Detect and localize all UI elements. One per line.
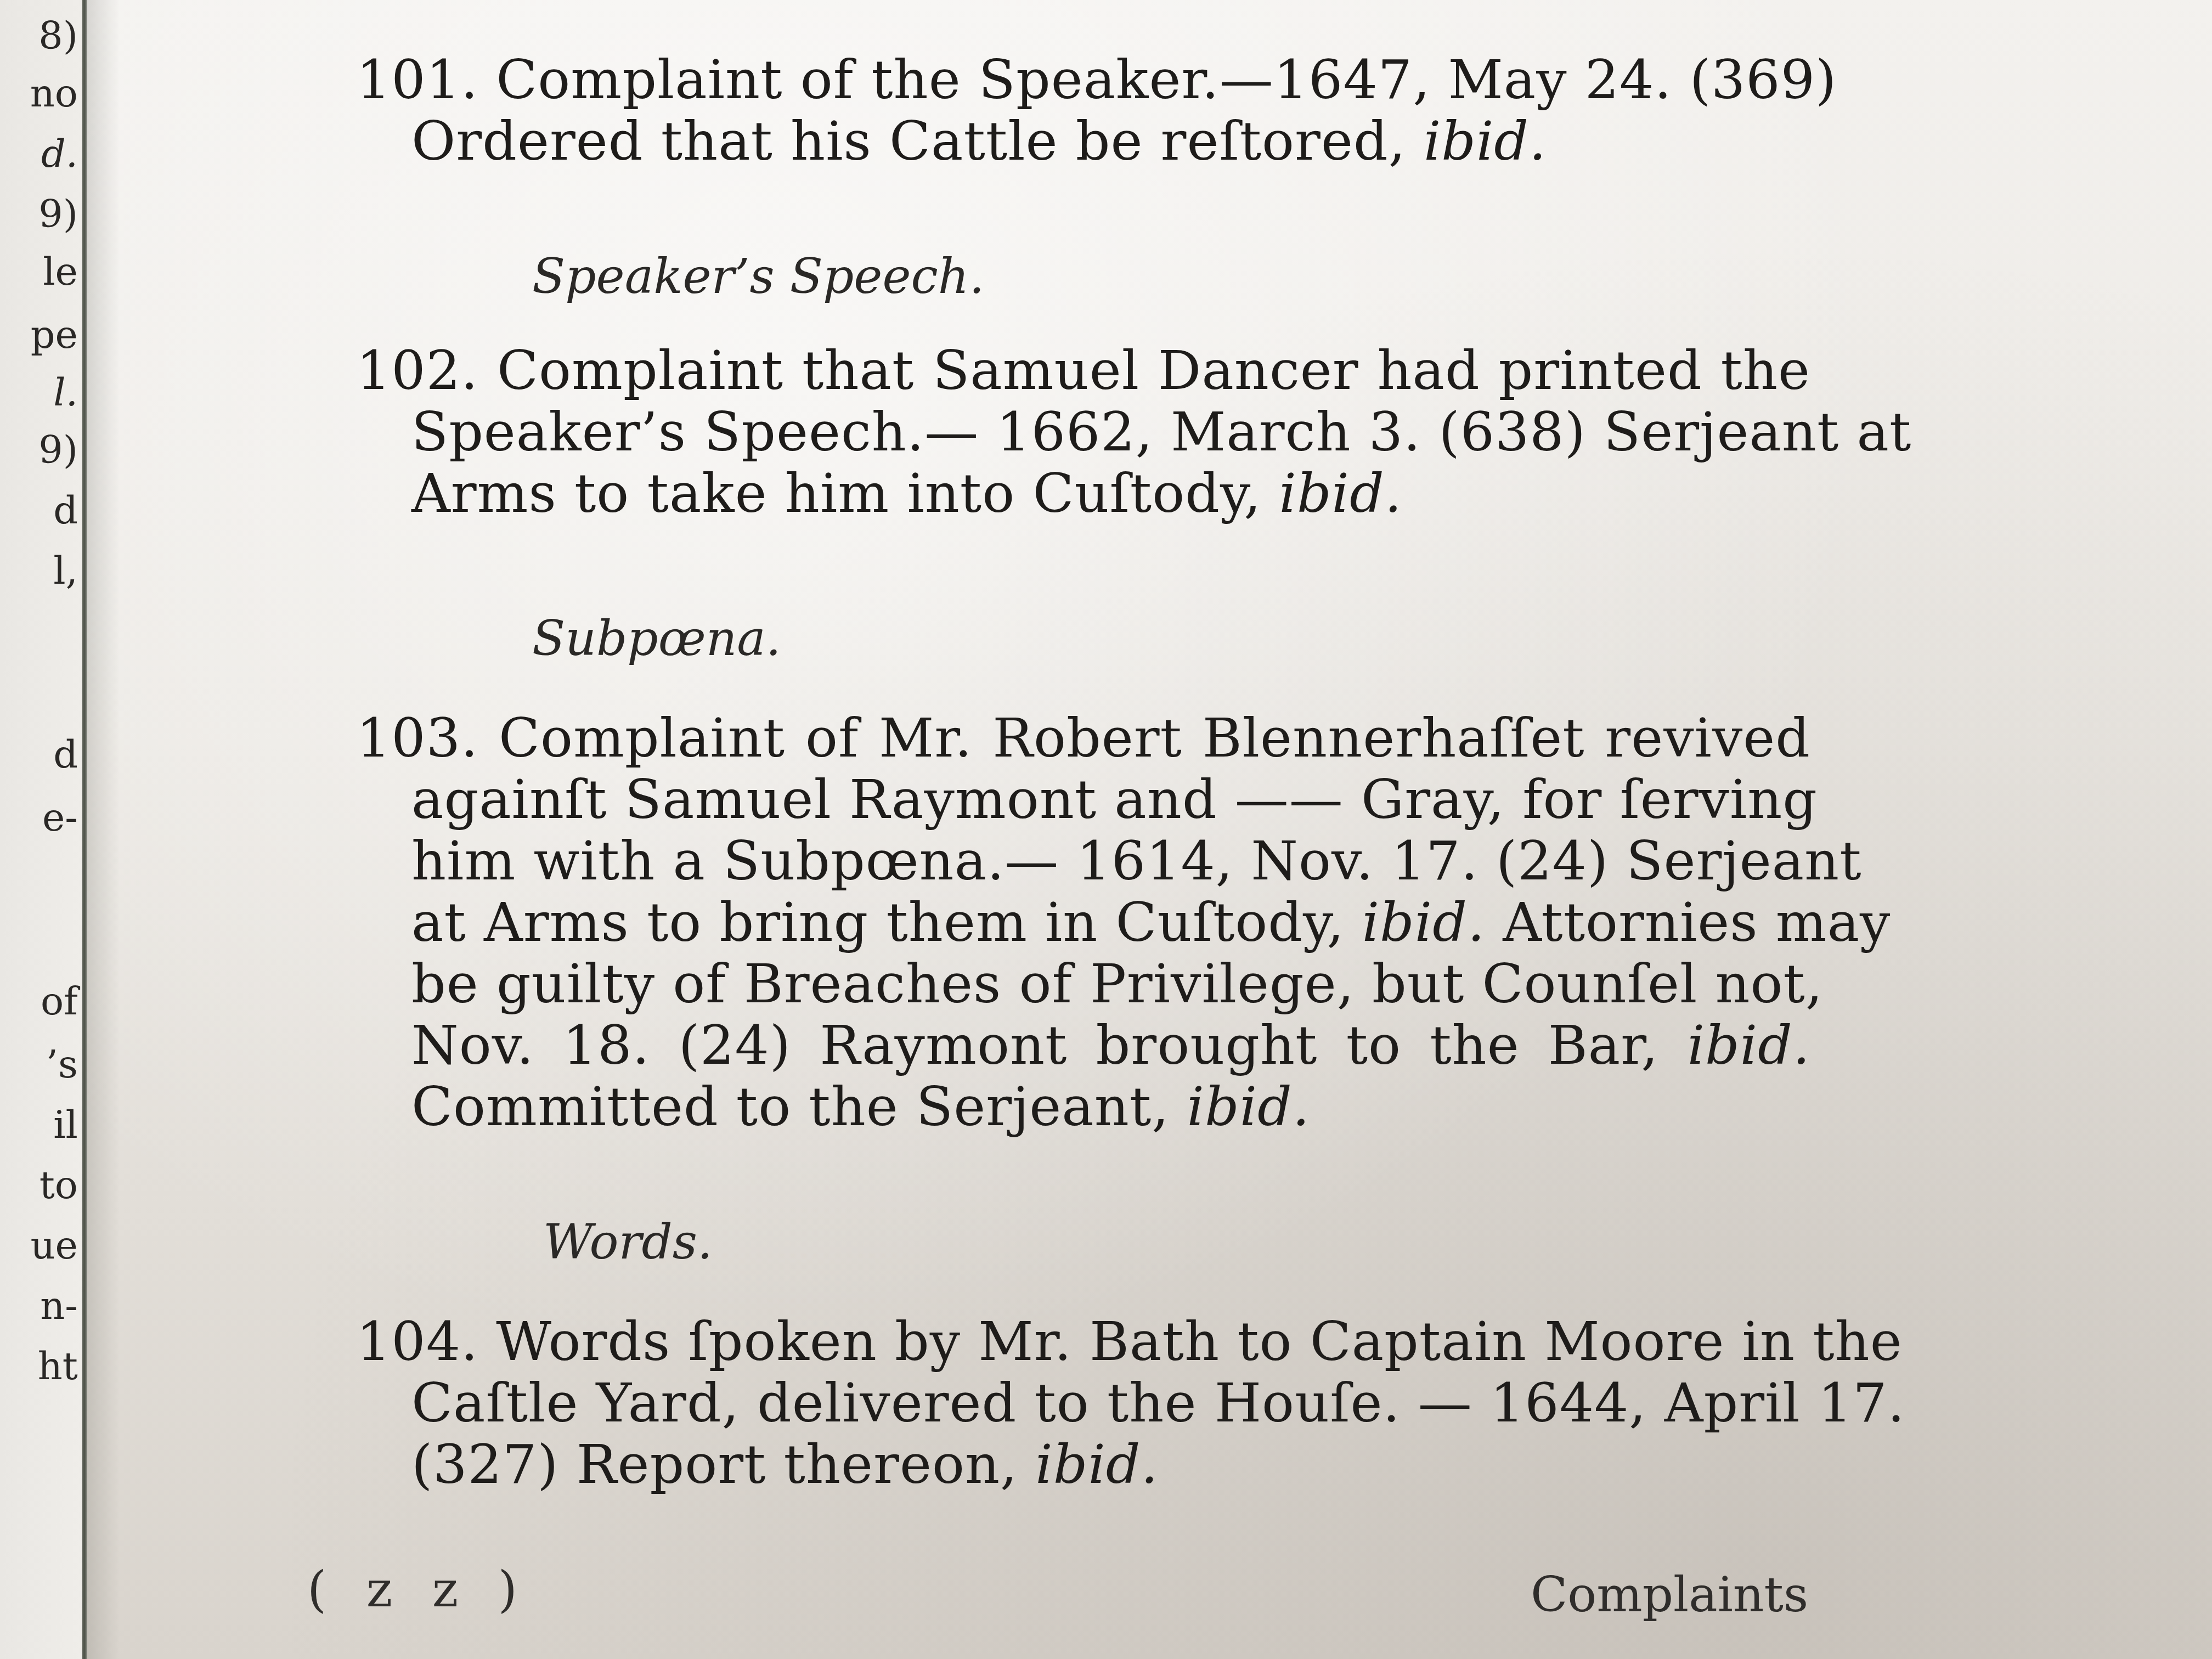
entry-line: 102. Complaint that Samuel Dancer had pr… <box>357 340 1810 402</box>
facing-line: l. <box>53 373 78 411</box>
entry-text: him with a Subpœna.— 1614, Nov. 17. (24)… <box>411 830 1862 893</box>
ibid-reference: ibid. <box>1187 1076 1310 1138</box>
facing-line: il <box>53 1105 78 1144</box>
entry-text: Nov. 18. (24) Raymont brought to the Bar… <box>411 1014 1688 1077</box>
entry-text: (327) Report thereon, <box>411 1434 1035 1496</box>
entry-text: againſt Samuel Raymont and —— Gray, for … <box>411 769 1818 831</box>
facing-line: 8) <box>38 16 78 55</box>
entry-line: Committed to the Serjeant, ibid. <box>357 1076 1810 1138</box>
facing-page-fragment: 8) no d. 9) le pe l. 9) d l, d e- of ’s … <box>0 0 82 1659</box>
ibid-reference: ibid. <box>1279 462 1402 525</box>
page-signature: ( z z ) <box>307 1561 529 1618</box>
facing-line: ue <box>30 1226 78 1265</box>
index-entry-103: 103. Complaint of Mr. Robert Blennerhaſſ… <box>357 708 1810 1138</box>
section-heading-subpoena: Subpœna. <box>532 614 781 663</box>
entry-line: 103. Complaint of Mr. Robert Blennerhaſſ… <box>357 708 1810 769</box>
facing-line: ht <box>38 1347 78 1385</box>
entry-text: Attornies may <box>1485 891 1891 954</box>
facing-line: 9) <box>38 195 78 233</box>
facing-line: 9) <box>38 431 78 469</box>
entry-text: 104. Words ſpoken by Mr. Bath to Captain… <box>357 1311 1903 1373</box>
entry-line: 104. Words ſpoken by Mr. Bath to Captain… <box>357 1311 1810 1373</box>
entry-text: 101. Complaint of the Speaker.—1647, May… <box>357 49 1837 111</box>
index-entry-102: 102. Complaint that Samuel Dancer had pr… <box>357 340 1810 524</box>
entry-text: Committed to the Serjeant, <box>411 1076 1187 1138</box>
entry-line: be guilty of Breaches of Privilege, but … <box>357 953 1810 1015</box>
entry-line: him with a Subpœna.— 1614, Nov. 17. (24)… <box>357 831 1810 892</box>
book-gutter-divider <box>82 0 87 1659</box>
section-heading-words: Words. <box>543 1218 713 1266</box>
entry-text: 102. Complaint that Samuel Dancer had pr… <box>357 340 1810 402</box>
entry-text: at Arms to bring them in Cuſtody, <box>411 891 1362 954</box>
entry-line: 101. Complaint of the Speaker.—1647, May… <box>357 49 1810 111</box>
entry-line: (327) Report thereon, ibid. <box>357 1434 1810 1496</box>
section-heading-speakers-speech: Speaker’s Speech. <box>532 252 984 301</box>
ibid-reference: ibid. <box>1035 1434 1158 1496</box>
facing-line: to <box>39 1166 78 1204</box>
facing-line: le <box>43 252 78 291</box>
catchword: Complaints <box>1531 1566 1808 1623</box>
facing-line: ’s <box>46 1045 78 1084</box>
ibid-reference: ibid. <box>1424 110 1547 173</box>
entry-text: Arms to take him into Cuſtody, <box>411 462 1279 525</box>
facing-line: d <box>53 491 78 529</box>
ibid-reference: ibid. <box>1362 891 1485 954</box>
entry-line: Ordered that his Cattle be reſtored, ibi… <box>357 111 1810 172</box>
facing-line: d <box>53 735 78 774</box>
entry-line: Speaker’s Speech.— 1662, March 3. (638) … <box>357 402 1810 463</box>
entry-text: Caſtle Yard, delivered to the Houſe. — 1… <box>411 1372 1905 1435</box>
entry-text: Ordered that his Cattle be reſtored, <box>411 110 1424 173</box>
entry-text: Speaker’s Speech.— 1662, March 3. (638) … <box>411 401 1911 464</box>
facing-line: d. <box>41 134 78 173</box>
entry-line: againſt Samuel Raymont and —— Gray, for … <box>357 769 1810 831</box>
index-entry-104: 104. Words ſpoken by Mr. Bath to Captain… <box>357 1311 1810 1496</box>
facing-line: pe <box>31 315 78 354</box>
entry-text: 103. Complaint of Mr. Robert Blennerhaſſ… <box>357 707 1810 770</box>
ibid-reference: ibid. <box>1688 1014 1810 1077</box>
facing-line: of <box>41 982 78 1020</box>
facing-line: n- <box>40 1286 78 1325</box>
facing-line: e- <box>42 798 78 837</box>
index-entry-101: 101. Complaint of the Speaker.—1647, May… <box>357 49 1810 172</box>
entry-line: Arms to take him into Cuſtody, ibid. <box>357 463 1810 524</box>
entry-line: at Arms to bring them in Cuſtody, ibid. … <box>357 892 1810 953</box>
facing-line: l, <box>53 551 78 590</box>
entry-line: Nov. 18. (24) Raymont brought to the Bar… <box>357 1015 1810 1076</box>
entry-text: be guilty of Breaches of Privilege, but … <box>411 953 1823 1015</box>
entry-line: Caſtle Yard, delivered to the Houſe. — 1… <box>357 1373 1810 1434</box>
gutter-shadow <box>87 0 120 1659</box>
facing-line: no <box>30 74 78 112</box>
